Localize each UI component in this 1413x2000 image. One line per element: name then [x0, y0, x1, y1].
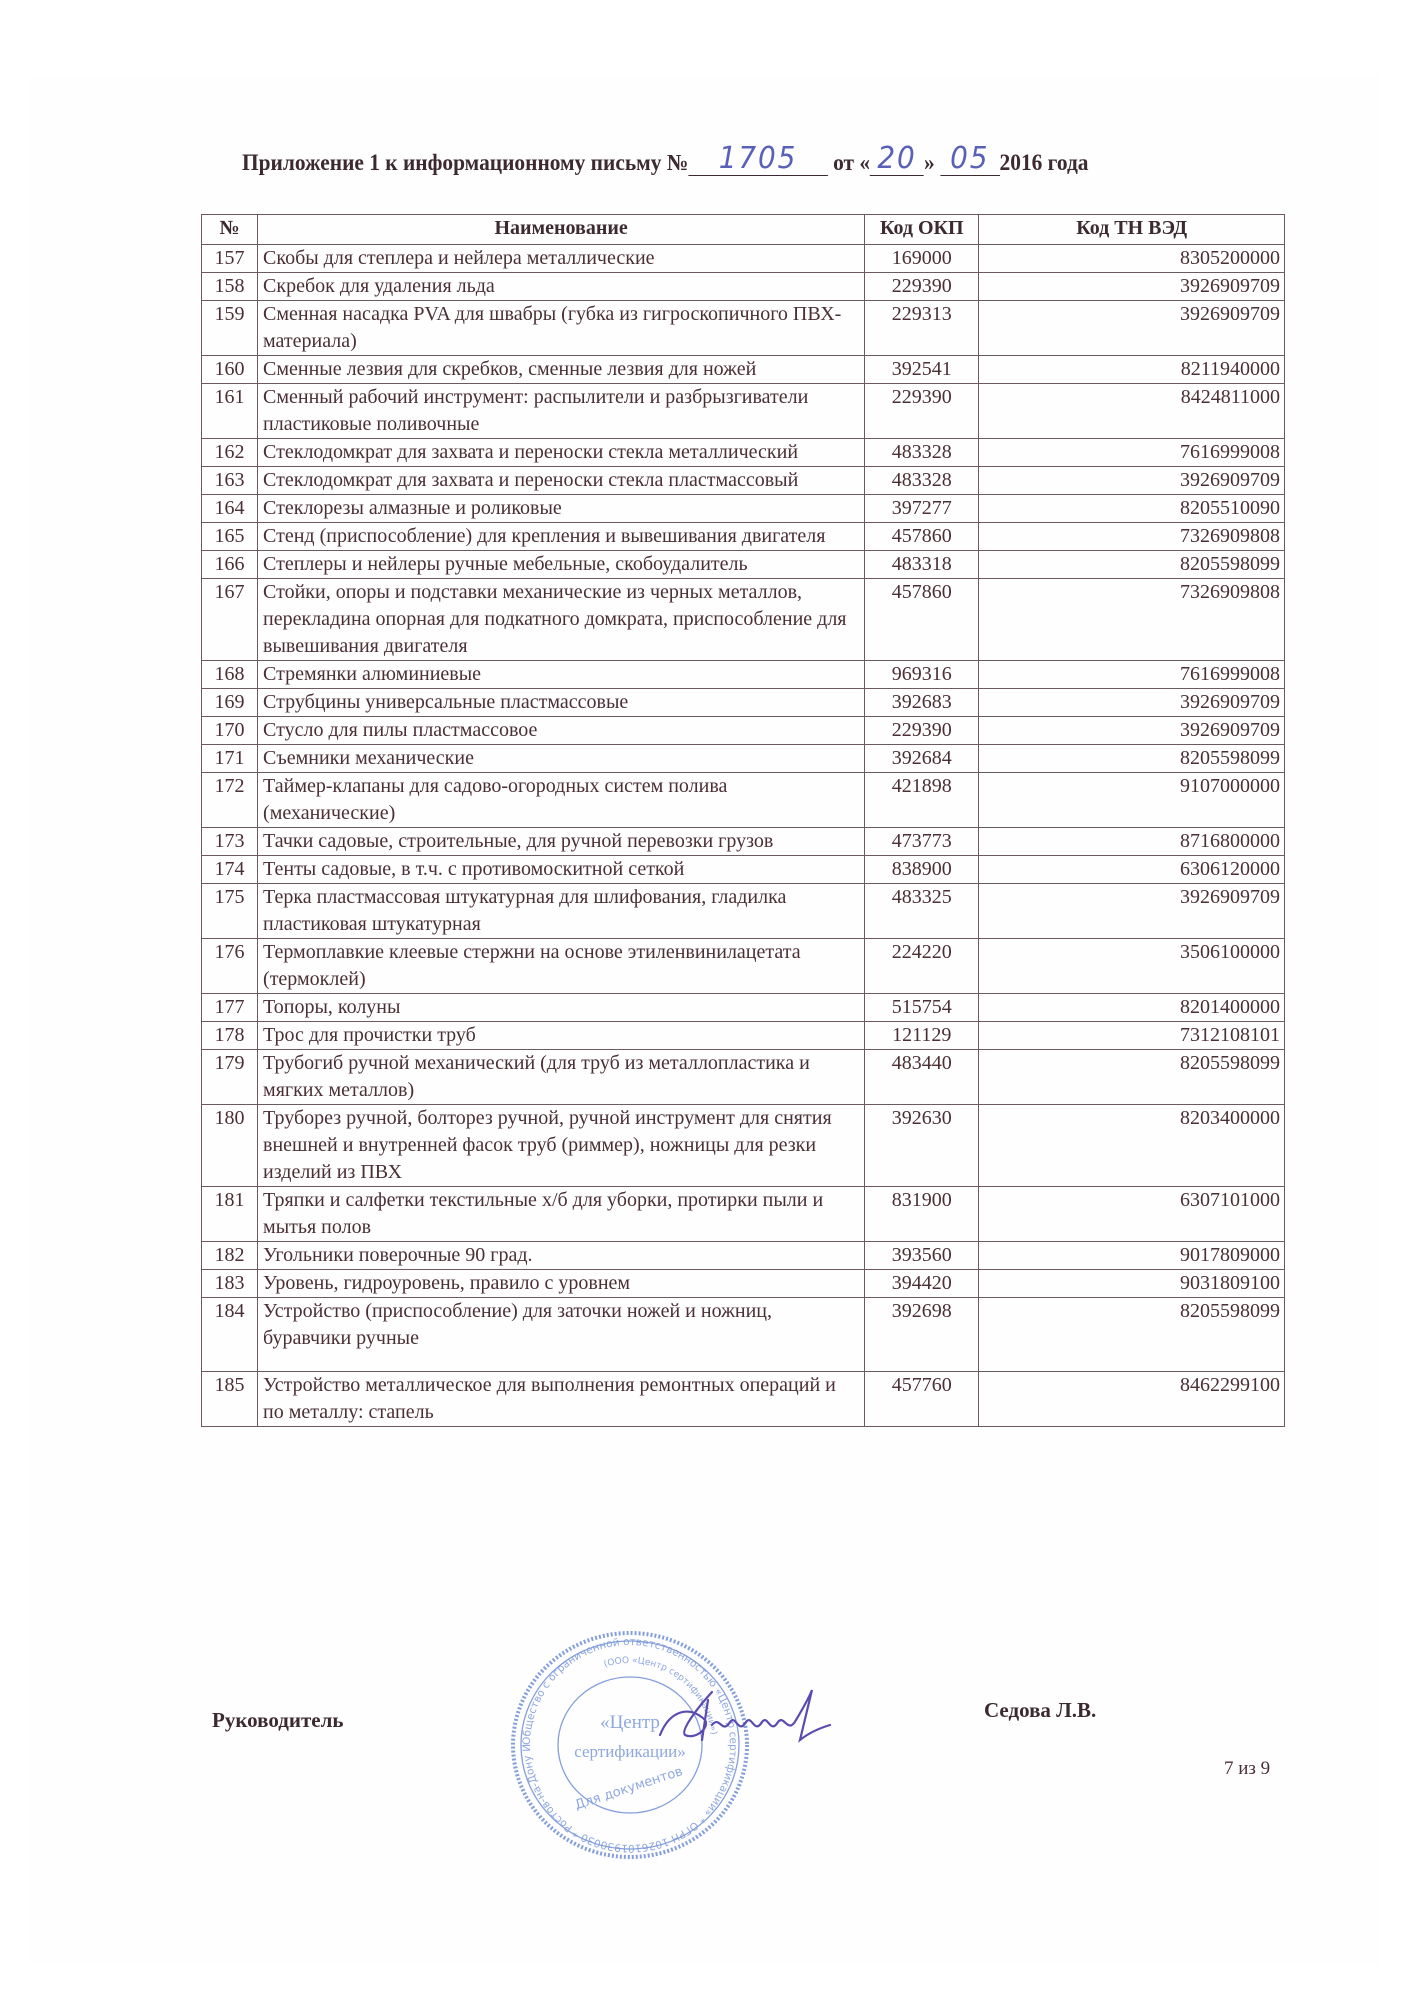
products-table: № Наименование Код ОКП Код ТН ВЭД 157Ско…: [201, 214, 1285, 1427]
row-name: Трос для прочистки труб: [258, 1022, 865, 1050]
row-number: 172: [202, 773, 258, 828]
table-row: 176Термоплавкие клеевые стержни на основ…: [202, 939, 1285, 994]
row-number: 158: [202, 273, 258, 301]
row-tnved-code: 7326909808: [979, 523, 1285, 551]
row-okp-code: 121129: [865, 1022, 979, 1050]
row-name: Скребок для удаления льда: [258, 273, 865, 301]
row-number: 159: [202, 301, 258, 356]
year-suffix: 2016 года: [1000, 150, 1089, 175]
row-number: 181: [202, 1187, 258, 1242]
row-tnved-code: 3926909709: [979, 717, 1285, 745]
stamp-bottom-text: Для документов: [573, 1764, 685, 1813]
row-tnved-code: 3926909709: [979, 273, 1285, 301]
row-tnved-code: 3926909709: [979, 689, 1285, 717]
row-okp-code: 969316: [865, 661, 979, 689]
row-tnved-code: 7326909808: [979, 579, 1285, 661]
row-name: Стеклодомкрат для захвата и переноски ст…: [258, 467, 865, 495]
row-number: 163: [202, 467, 258, 495]
table-row: 184Устройство (приспособление) для заточ…: [202, 1298, 1285, 1372]
table-row: 160Сменные лезвия для скребков, сменные …: [202, 356, 1285, 384]
table-row: 172Таймер-клапаны для садово-огородных с…: [202, 773, 1285, 828]
row-name: Струбцины универсальные пластмассовые: [258, 689, 865, 717]
row-name: Устройство металлическое для выполнения …: [258, 1372, 865, 1427]
row-tnved-code: 8201400000: [979, 994, 1285, 1022]
date-from-label: от «: [833, 150, 870, 175]
table-row: 175Терка пластмассовая штукатурная для ш…: [202, 884, 1285, 939]
row-number: 173: [202, 828, 258, 856]
row-name: Тенты садовые, в т.ч. с противомоскитной…: [258, 856, 865, 884]
table-body: 157Скобы для степлера и нейлера металлич…: [202, 245, 1285, 1427]
row-number: 164: [202, 495, 258, 523]
row-okp-code: 457760: [865, 1372, 979, 1427]
row-okp-code: 392698: [865, 1298, 979, 1372]
row-number: 179: [202, 1050, 258, 1105]
row-tnved-code: 6306120000: [979, 856, 1285, 884]
row-tnved-code: 8203400000: [979, 1105, 1285, 1187]
row-okp-code: 169000: [865, 245, 979, 273]
row-number: 174: [202, 856, 258, 884]
table-row: 183Уровень, гидроуровень, правило с уров…: [202, 1270, 1285, 1298]
row-number: 171: [202, 745, 258, 773]
row-number: 185: [202, 1372, 258, 1427]
row-name: Терка пластмассовая штукатурная для шлиф…: [258, 884, 865, 939]
letter-number-handwritten: 1705: [688, 144, 828, 174]
row-number: 161: [202, 384, 258, 439]
row-okp-code: 515754: [865, 994, 979, 1022]
row-tnved-code: 8305200000: [979, 245, 1285, 273]
row-okp-code: 831900: [865, 1187, 979, 1242]
signatory-name: Седова Л.В.: [984, 1698, 1096, 1723]
table-row: 167Стойки, опоры и подставки механически…: [202, 579, 1285, 661]
row-okp-code: 483328: [865, 439, 979, 467]
row-tnved-code: 7312108101: [979, 1022, 1285, 1050]
row-name: Сменные лезвия для скребков, сменные лез…: [258, 356, 865, 384]
row-okp-code: 483318: [865, 551, 979, 579]
table-row: 163Стеклодомкрат для захвата и переноски…: [202, 467, 1285, 495]
row-tnved-code: 8205598099: [979, 745, 1285, 773]
row-okp-code: 397277: [865, 495, 979, 523]
column-header-name: Наименование: [258, 215, 865, 245]
table-row: 179Трубогиб ручной механический (для тру…: [202, 1050, 1285, 1105]
row-number: 162: [202, 439, 258, 467]
row-name: Сменный рабочий инструмент: распылители …: [258, 384, 865, 439]
row-name: Устройство (приспособление) для заточки …: [258, 1298, 865, 1372]
table-row: 158Скребок для удаления льда229390392690…: [202, 273, 1285, 301]
row-number: 177: [202, 994, 258, 1022]
table-row: 165Стенд (приспособление) для крепления …: [202, 523, 1285, 551]
row-tnved-code: 3926909709: [979, 301, 1285, 356]
row-tnved-code: 8205510090: [979, 495, 1285, 523]
column-header-okp: Код ОКП: [865, 215, 979, 245]
table-row: 174Тенты садовые, в т.ч. с противомоскит…: [202, 856, 1285, 884]
month-field: 05: [940, 151, 1000, 176]
row-name: Стойки, опоры и подставки механические и…: [258, 579, 865, 661]
row-number: 183: [202, 1270, 258, 1298]
row-number: 178: [202, 1022, 258, 1050]
table-row: 180Труборез ручной, болторез ручной, руч…: [202, 1105, 1285, 1187]
row-name: Таймер-клапаны для садово-огородных сист…: [258, 773, 865, 828]
row-name: Уровень, гидроуровень, правило с уровнем: [258, 1270, 865, 1298]
title-prefix: Приложение 1 к информационному письму №: [242, 150, 688, 175]
row-okp-code: 457860: [865, 523, 979, 551]
row-name: Стусло для пилы пластмассовое: [258, 717, 865, 745]
row-tnved-code: 8462299100: [979, 1372, 1285, 1427]
row-tnved-code: 9017809000: [979, 1242, 1285, 1270]
table-row: 182Угольники поверочные 90 град.39356090…: [202, 1242, 1285, 1270]
signature: [650, 1680, 850, 1760]
row-name: Стеклорезы алмазные и роликовые: [258, 495, 865, 523]
row-tnved-code: 8424811000: [979, 384, 1285, 439]
table-row: 178Трос для прочистки труб12112973121081…: [202, 1022, 1285, 1050]
row-name: Тачки садовые, строительные, для ручной …: [258, 828, 865, 856]
row-name: Скобы для степлера и нейлера металлическ…: [258, 245, 865, 273]
table-row: 166Степлеры и нейлеры ручные мебельные, …: [202, 551, 1285, 579]
page-indicator: 7 из 9: [1224, 1758, 1270, 1780]
row-number: 182: [202, 1242, 258, 1270]
table-row: 173Тачки садовые, строительные, для ручн…: [202, 828, 1285, 856]
row-okp-code: 457860: [865, 579, 979, 661]
row-okp-code: 229390: [865, 717, 979, 745]
row-tnved-code: 7616999008: [979, 439, 1285, 467]
row-tnved-code: 3506100000: [979, 939, 1285, 994]
row-number: 184: [202, 1298, 258, 1372]
row-okp-code: 224220: [865, 939, 979, 994]
row-okp-code: 421898: [865, 773, 979, 828]
row-number: 170: [202, 717, 258, 745]
row-okp-code: 838900: [865, 856, 979, 884]
row-okp-code: 483325: [865, 884, 979, 939]
day-handwritten: 20: [870, 144, 924, 174]
table-row: 181Тряпки и салфетки текстильные х/б для…: [202, 1187, 1285, 1242]
row-name: Труборез ручной, болторез ручной, ручной…: [258, 1105, 865, 1187]
row-name: Топоры, колуны: [258, 994, 865, 1022]
row-tnved-code: 9107000000: [979, 773, 1285, 828]
table-row: 170Стусло для пилы пластмассовое22939039…: [202, 717, 1285, 745]
row-tnved-code: 3926909709: [979, 884, 1285, 939]
table-row: 185Устройство металлическое для выполнен…: [202, 1372, 1285, 1427]
table-row: 157Скобы для степлера и нейлера металлич…: [202, 245, 1285, 273]
row-number: 176: [202, 939, 258, 994]
row-tnved-code: 3926909709: [979, 467, 1285, 495]
table-header-row: № Наименование Код ОКП Код ТН ВЭД: [202, 215, 1285, 245]
row-tnved-code: 8211940000: [979, 356, 1285, 384]
day-field: 20: [870, 151, 924, 176]
row-okp-code: 483440: [865, 1050, 979, 1105]
row-name: Тряпки и салфетки текстильные х/б для уб…: [258, 1187, 865, 1242]
row-okp-code: 393560: [865, 1242, 979, 1270]
row-number: 165: [202, 523, 258, 551]
signatory-role: Руководитель: [212, 1708, 343, 1733]
letter-number-field: 1705: [688, 151, 828, 176]
row-name: Стремянки алюминиевые: [258, 661, 865, 689]
row-name: Угольники поверочные 90 град.: [258, 1242, 865, 1270]
date-separator: »: [924, 150, 935, 175]
row-number: 168: [202, 661, 258, 689]
row-number: 157: [202, 245, 258, 273]
row-tnved-code: 6307101000: [979, 1187, 1285, 1242]
row-number: 180: [202, 1105, 258, 1187]
row-okp-code: 392541: [865, 356, 979, 384]
row-tnved-code: 9031809100: [979, 1270, 1285, 1298]
column-header-number: №: [202, 215, 258, 245]
table-row: 161Сменный рабочий инструмент: распылите…: [202, 384, 1285, 439]
row-name: Степлеры и нейлеры ручные мебельные, ско…: [258, 551, 865, 579]
row-okp-code: 229390: [865, 384, 979, 439]
table-row: 159Сменная насадка PVA для швабры (губка…: [202, 301, 1285, 356]
table-row: 162Стеклодомкрат для захвата и переноски…: [202, 439, 1285, 467]
row-okp-code: 473773: [865, 828, 979, 856]
row-name: Термоплавкие клеевые стержни на основе э…: [258, 939, 865, 994]
row-tnved-code: 8205598099: [979, 1298, 1285, 1372]
row-okp-code: 483328: [865, 467, 979, 495]
row-tnved-code: 7616999008: [979, 661, 1285, 689]
row-name: Съемники механические: [258, 745, 865, 773]
row-okp-code: 394420: [865, 1270, 979, 1298]
table-row: 177Топоры, колуны5157548201400000: [202, 994, 1285, 1022]
row-tnved-code: 8205598099: [979, 1050, 1285, 1105]
row-number: 166: [202, 551, 258, 579]
table-row: 171Съемники механические3926848205598099: [202, 745, 1285, 773]
row-name: Стенд (приспособление) для крепления и в…: [258, 523, 865, 551]
row-name: Трубогиб ручной механический (для труб и…: [258, 1050, 865, 1105]
row-number: 175: [202, 884, 258, 939]
row-number: 167: [202, 579, 258, 661]
table-row: 164Стеклорезы алмазные и роликовые397277…: [202, 495, 1285, 523]
month-handwritten: 05: [940, 144, 1000, 174]
row-okp-code: 392684: [865, 745, 979, 773]
row-tnved-code: 8205598099: [979, 551, 1285, 579]
table-row: 169Струбцины универсальные пластмассовые…: [202, 689, 1285, 717]
row-number: 169: [202, 689, 258, 717]
row-okp-code: 229313: [865, 301, 979, 356]
row-name: Стеклодомкрат для захвата и переноски ст…: [258, 439, 865, 467]
row-number: 160: [202, 356, 258, 384]
document-title: Приложение 1 к информационному письму №1…: [242, 150, 1219, 184]
row-okp-code: 392630: [865, 1105, 979, 1187]
row-tnved-code: 8716800000: [979, 828, 1285, 856]
row-okp-code: 229390: [865, 273, 979, 301]
column-header-tnved: Код ТН ВЭД: [979, 215, 1285, 245]
table-row: 168Стремянки алюминиевые9693167616999008: [202, 661, 1285, 689]
row-name: Сменная насадка PVA для швабры (губка из…: [258, 301, 865, 356]
row-okp-code: 392683: [865, 689, 979, 717]
